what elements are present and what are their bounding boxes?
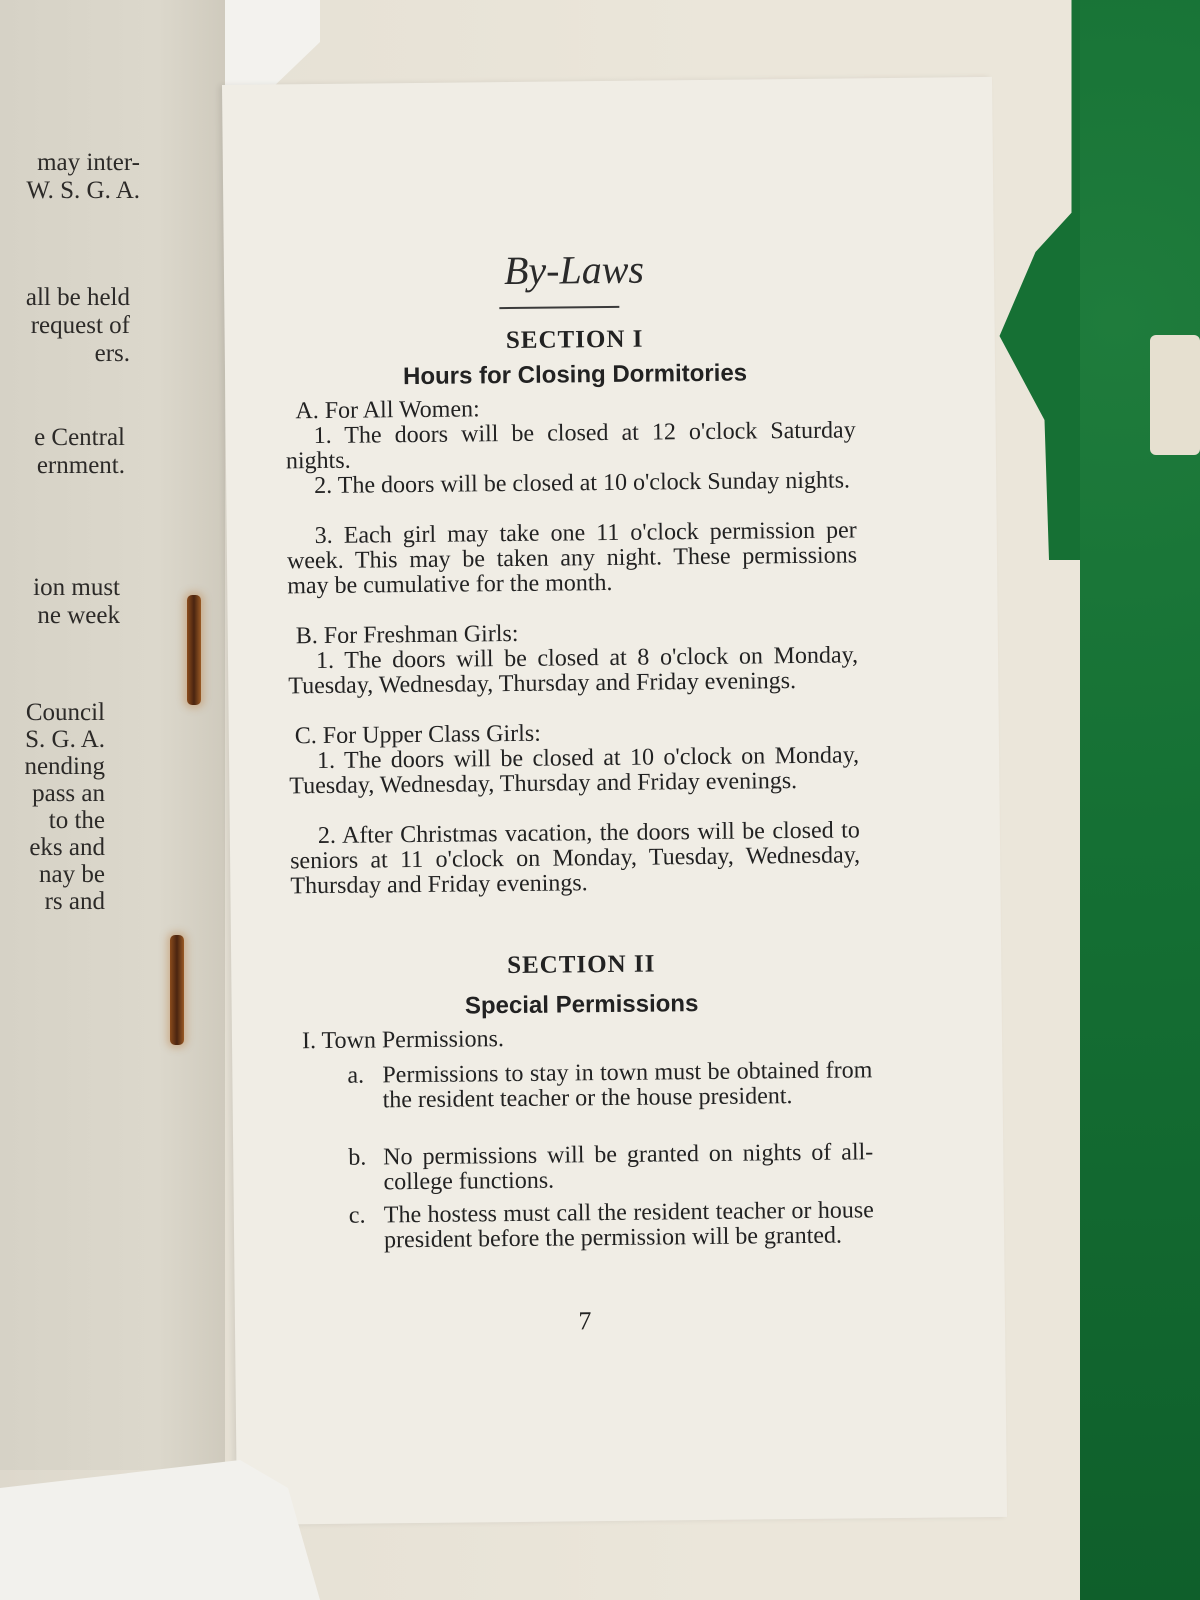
left-page-fragment: nending [24,754,105,779]
left-page-fragment: to the [49,808,105,833]
left-page-fragment: nay be [39,862,105,887]
page-title: By-Laws [284,243,864,296]
left-page-fragment: pass an [32,781,105,806]
section-2-heading: SECTION II [291,948,871,982]
item-a3: 3. Each girl may take one 11 o'clock per… [287,518,858,599]
item-b1: 1. The doors will be closed at 8 o'clock… [288,643,858,699]
item-b-marker: b. [348,1145,378,1170]
section-2-subheading: Special Permissions [292,988,872,1022]
left-page-fragment: Council [26,700,105,725]
page-number: 7 [295,1303,875,1339]
item-c2: 2. After Christmas vacation, the doors w… [290,818,861,899]
rusty-staple-top [187,595,201,705]
left-page-fragment: ernment. [37,453,125,478]
left-page: may inter-W. S. G. A.all be heldrequest … [0,0,225,1470]
section-1-heading: SECTION I [285,323,865,357]
item-town-a: Permissions to stay in town must be obta… [382,1058,872,1113]
section-1-subheading: Hours for Closing Dormitories [285,358,865,392]
title-rule [499,306,619,309]
left-page-fragment: ers. [95,341,130,366]
left-page-fragment: rs and [45,889,105,914]
item-a1: 1. The doors will be closed at 12 o'cloc… [286,418,856,474]
item-c1: 1. The doors will be closed at 10 o'cloc… [289,743,859,799]
left-page-fragment: ne week [37,603,120,628]
right-page: By-Laws SECTION I Hours for Closing Dorm… [222,77,1007,1525]
left-page-fragment: ion must [33,575,120,600]
item-town-b: No permissions will be granted on nights… [383,1140,873,1195]
left-page-fragment: eks and [29,835,105,860]
item-town-c: The hostess must call the resident teach… [384,1198,874,1253]
green-felt-edge [1080,0,1200,1600]
felt-letter-patch [1150,335,1200,455]
item-c-marker: c. [349,1203,379,1228]
item-a2: 2. The doors will be closed at 10 o'cloc… [286,468,856,499]
rusty-staple-bottom [170,935,184,1045]
left-page-fragment: S. G. A. [25,727,105,752]
town-permissions-label: I. Town Permissions. [302,1023,862,1054]
left-page-fragment: may inter- [37,150,140,175]
left-page-fragment: request of [31,313,130,338]
item-a-marker: a. [347,1063,377,1088]
left-page-fragment: all be held [26,285,130,310]
left-page-fragment: e Central [34,425,125,450]
left-page-fragment: W. S. G. A. [26,178,140,203]
